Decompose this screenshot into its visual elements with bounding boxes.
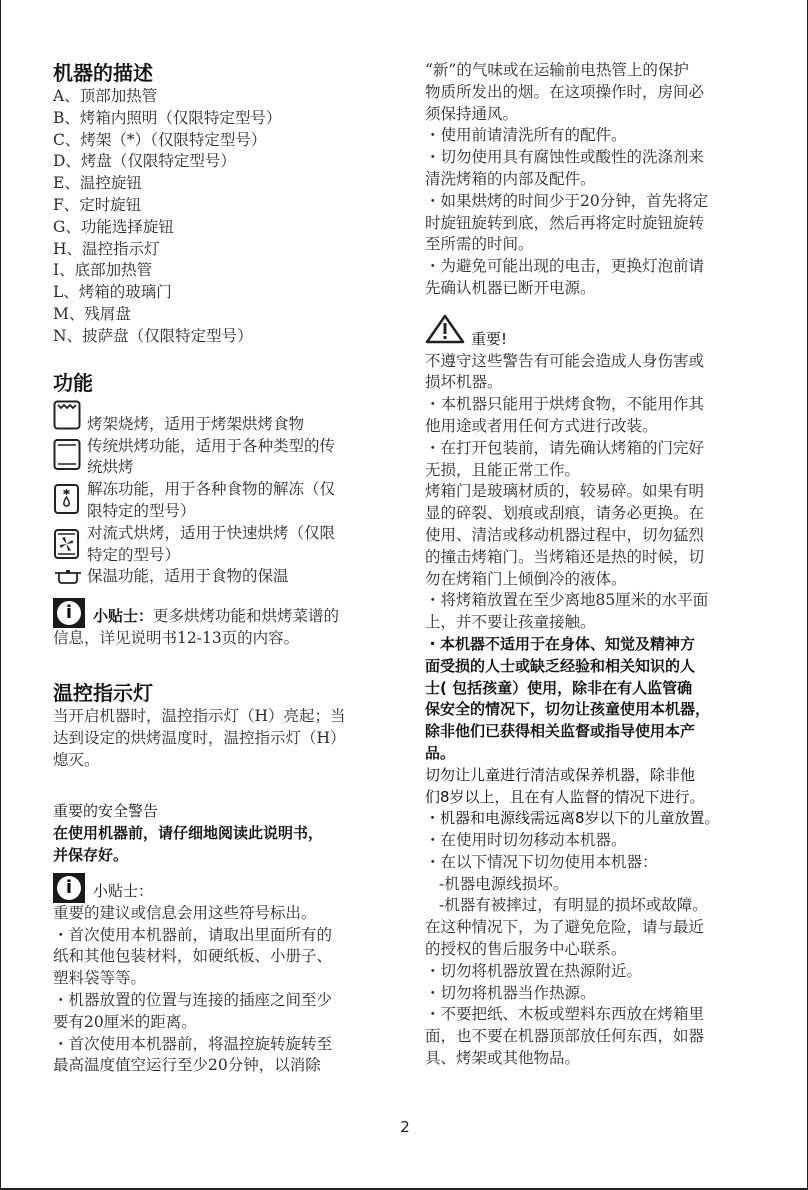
warning-text: 他用途或者用任何方式进行改装。 [425, 416, 765, 438]
parts-list-item: E、温控旋钮 [53, 173, 393, 195]
warning-text: ・将烤箱放置在至少离地85厘米的水平面 [425, 590, 765, 612]
warning-text: ・切勿将机器放置在热源附近。 [425, 961, 765, 983]
warning-bold-text: ・本机器不适用于在身体、知觉及精神方 [425, 634, 765, 656]
body-text: “新”的气味或在运输前电热管上的保护 [425, 60, 765, 82]
safety-text: 最高温度值空运行至少20分钟，以消除 [53, 1055, 393, 1077]
section-title-functions: 功能 [53, 370, 393, 396]
section-title-description: 机器的描述 [53, 60, 393, 86]
function-description: 保温功能，适用于食物的保温 [87, 566, 393, 588]
parts-list-item: G、功能选择旋钮 [53, 217, 393, 239]
safety-intro: 在使用机器前，请仔细地阅读此说明书， [53, 823, 393, 845]
warning-text: 无损，且能正常工作。 [425, 460, 765, 482]
section-title-indicator: 温控指示灯 [53, 680, 393, 706]
safety-text: ・首次使用本机器前，请取出里面所有的 [53, 925, 393, 947]
warning-bold-text: 面受损的人士或缺乏经验和相关知识的人 [425, 656, 765, 678]
safety-title: 重要的安全警告 [53, 801, 393, 823]
important-label: 重要! [471, 329, 507, 351]
body-text: 物质所发出的烟。在这项操作时，房间必 [425, 82, 765, 104]
parts-list-item: D、烤盘（仅限特定型号） [53, 151, 393, 173]
indicator-text: 达到设定的烘烤温度时，温控指示灯（H） [53, 728, 393, 750]
body-text: ・如果烘烤的时间少于20分钟，首先将定 [425, 191, 765, 213]
parts-list-item: F、定时旋钮 [53, 195, 393, 217]
function-description: 解冻功能，用于各种食物的解冻（仅 [87, 479, 393, 501]
safety-intro: 并保存好。 [53, 845, 393, 867]
warning-text: ・在以下情况下切勿使用本机器： [425, 852, 765, 874]
parts-list-item: L、烤箱的玻璃门 [53, 282, 393, 304]
function-item-defrost: 解冻功能，用于各种食物的解冻（仅 限特定的型号） [53, 479, 393, 523]
parts-list-item: A、顶部加热管 [53, 86, 393, 108]
convection-fan-icon [53, 523, 87, 563]
function-description: 传统烘烤功能，适用于各种类型的传 [87, 436, 393, 458]
conventional-oven-icon [53, 436, 87, 472]
indicator-text: 熄灭。 [53, 750, 393, 772]
safety-text: ・机器放置的位置与连接的插座之间至少 [53, 990, 393, 1012]
warning-text: ・在打开包装前，请先确认烤箱的门完好 [425, 438, 765, 460]
defrost-icon [53, 479, 87, 519]
left-column: 机器的描述 A、顶部加热管 B、烤箱内照明（仅限特定型号） C、烤架（*）（仅限… [53, 60, 393, 1077]
warning-text: -机器有被摔过，有明显的损坏或故障。 [425, 895, 765, 917]
warning-text: ・切勿将机器当作热源。 [425, 983, 765, 1005]
safety-text: 重要的建议或信息会用这些符号标出。 [53, 903, 393, 925]
warning-children-text: ・机器和电源线需远离8岁以下的儿童放置。 [425, 808, 765, 830]
function-item-convection: 对流式烘烤，适用于快速烘烤（仅限 特定的型号） [53, 523, 393, 567]
parts-list-item: I、底部加热管 [53, 260, 393, 282]
function-description: 烤架烧烤，适用于烤架烘烤食物 [87, 414, 393, 436]
safety-text: 塑料袋等等。 [53, 968, 393, 990]
right-column: “新”的气味或在运输前电热管上的保护 物质所发出的烟。在这项操作时，房间必 须保… [425, 60, 765, 1070]
warning-text: 使用、清洁或移动机器过程中，切勿猛烈 [425, 525, 765, 547]
parts-list-item: C、烤架（*）（仅限特定型号） [53, 130, 393, 152]
warning-text: 烤箱门是玻璃材质的，较易碎。如果有明 [425, 481, 765, 503]
body-text: ・切勿使用具有腐蚀性或酸性的洗涤剂来 [425, 147, 765, 169]
warning-text: 的撞击烤箱门。当烤箱还是热的时候，切 [425, 547, 765, 569]
info-icon: i [53, 873, 85, 903]
grill-icon [53, 400, 87, 430]
parts-list-item: H、温控指示灯 [53, 239, 393, 261]
function-item-conventional: 传统烘烤功能，适用于各种类型的传 统烘烤 [53, 436, 393, 480]
info-icon: i [53, 598, 85, 628]
warning-text: ・本机器只能用于烘烤食物，不能用作其 [425, 394, 765, 416]
functions-list: 烤架烧烤，适用于烤架烘烤食物 传统烘烤功能，适用于各种类型的传 统烘烤 [53, 400, 393, 589]
body-text: ・使用前请清洗所有的配件。 [425, 125, 765, 147]
body-text: ・为避免可能出现的电击，更换灯泡前请 [425, 256, 765, 278]
parts-list-item: N、披萨盘（仅限特定型号） [53, 326, 393, 348]
warning-text: 的授权的售后服务中心联系。 [425, 939, 765, 961]
indicator-text: 当开启机器时，温控指示灯（H）亮起；当 [53, 706, 393, 728]
safety-text: ・首次使用本机器前，将温控旋转旋转至 [53, 1034, 393, 1056]
safety-text: 要有20厘米的距离。 [53, 1012, 393, 1034]
tip-text: 更多烘烤功能和烘烤菜谱的 [153, 607, 339, 625]
body-text: 须保持通风。 [425, 104, 765, 126]
warning-bold-text: 士( 包括孩童）使用，除非在有人监管确 [425, 678, 765, 700]
manual-page: 机器的描述 A、顶部加热管 B、烤箱内照明（仅限特定型号） C、烤架（*）（仅限… [0, 0, 808, 1190]
parts-list-item: M、残屑盘 [53, 304, 393, 326]
page-number: 2 [1, 1118, 808, 1136]
warning-bold-text: 保安全的情况下，切勿让孩童使用本机器， [425, 699, 765, 721]
function-description: 统烘烤 [87, 457, 393, 479]
keep-warm-pot-icon [53, 566, 87, 585]
warning-children-text: 们8岁以上，且在有人监督的情况下进行。 [425, 787, 765, 809]
warning-children-text: 切勿让儿童进行清洁或保养机器，除非他 [425, 765, 765, 787]
warning-text: ・在使用时切勿移动本机器。 [425, 830, 765, 852]
function-item-keep-warm: 保温功能，适用于食物的保温 [53, 566, 393, 588]
warning-text: 显的碎裂、划痕或刮痕，请务必更换。在 [425, 503, 765, 525]
warning-bold-text: 品。 [425, 743, 765, 765]
warning-text: ・不要把纸、木板或塑料东西放在烤箱里 [425, 1004, 765, 1026]
important-heading: 重要! [425, 314, 765, 351]
warning-text: 上，并不要让孩童接触。 [425, 612, 765, 634]
tip-label: 小贴士： [93, 881, 153, 903]
body-text: 清洗烤箱的内部及配件。 [425, 169, 765, 191]
body-text: 先确认机器已断开电源。 [425, 278, 765, 300]
safety-tip: i 小贴士： [53, 873, 393, 903]
warning-text: 在这种情况下，为了避免危险，请与最近 [425, 917, 765, 939]
functions-tip: i 小贴士：更多烘烤功能和烘烤菜谱的 信息，详见说明书12-13页的内容。 [53, 598, 393, 650]
body-text: 至所需的时间。 [425, 234, 765, 256]
parts-list: A、顶部加热管 B、烤箱内照明（仅限特定型号） C、烤架（*）（仅限特定型号） … [53, 86, 393, 348]
warning-text: 不遵守这些警告有可能会造成人身伤害或 [425, 351, 765, 373]
body-text: 时旋钮旋转到底，然后再将定时旋钮旋转 [425, 213, 765, 235]
safety-text: 纸和其他包装材料，如硬纸板、小册子、 [53, 946, 393, 968]
warning-text: 具、烤架或其他物品。 [425, 1048, 765, 1070]
function-description: 特定的型号） [87, 545, 393, 567]
warning-triangle-icon [425, 314, 465, 351]
warning-text: 损坏机器。 [425, 372, 765, 394]
function-description: 对流式烘烤，适用于快速烘烤（仅限 [87, 523, 393, 545]
function-item-grill: 烤架烧烤，适用于烤架烘烤食物 [53, 400, 393, 436]
warning-bold-text: 除非他们已获得相关监督或指导使用本产 [425, 721, 765, 743]
warning-text: -机器电源线损坏。 [425, 874, 765, 896]
function-description: 限特定的型号） [87, 501, 393, 523]
tip-label: 小贴士： [93, 607, 153, 625]
warning-text: 勿在烤箱门上倾倒冷的液体。 [425, 569, 765, 591]
parts-list-item: B、烤箱内照明（仅限特定型号） [53, 108, 393, 130]
tip-text: 信息，详见说明书12-13页的内容。 [53, 628, 393, 650]
warning-text: 面，也不要在机器顶部放任何东西，如器 [425, 1026, 765, 1048]
